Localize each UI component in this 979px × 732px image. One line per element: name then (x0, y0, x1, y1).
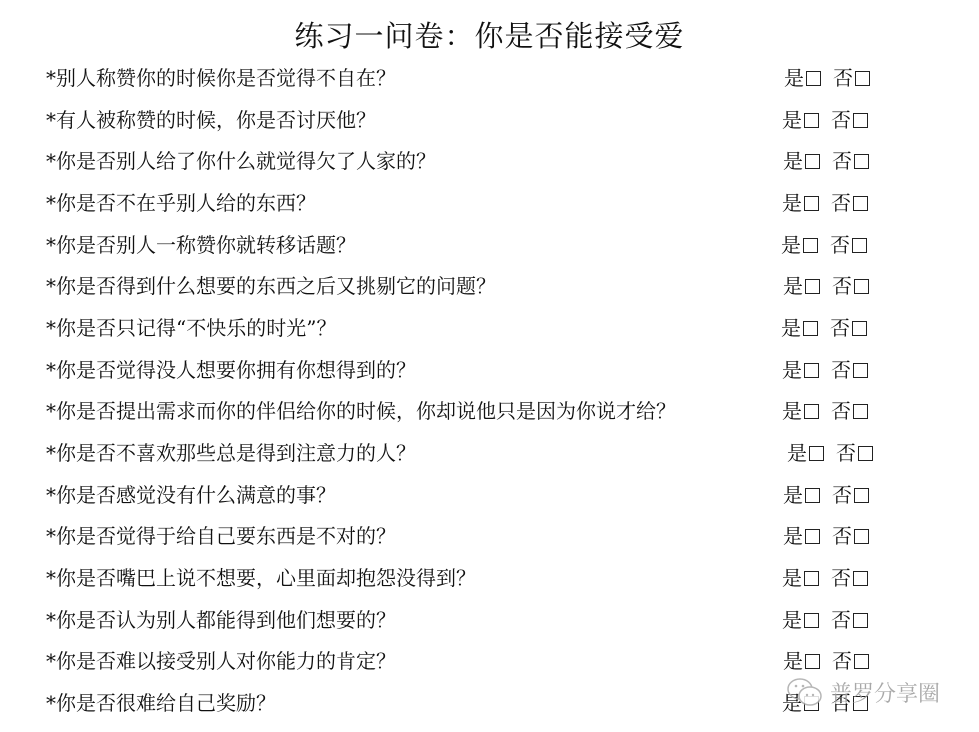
yes-checkbox[interactable] (803, 321, 818, 336)
no-label: 否 (831, 396, 851, 426)
no-checkbox[interactable] (853, 113, 868, 128)
yes-checkbox[interactable] (804, 196, 819, 211)
no-checkbox[interactable] (853, 196, 868, 211)
question-row: *你是否不在乎别人给的东西？是否 (46, 188, 946, 218)
yes-label: 是 (782, 396, 802, 426)
yes-label: 是 (782, 563, 802, 593)
no-checkbox[interactable] (853, 363, 868, 378)
yes-label: 是 (782, 355, 802, 385)
yes-label: 是 (783, 521, 803, 551)
question-text: *有人被称赞的时候，你是否讨厌他？ (46, 105, 376, 135)
yes-checkbox[interactable] (806, 71, 821, 86)
no-label: 否 (831, 188, 851, 218)
answer-options: 是否 (781, 230, 867, 260)
answer-options: 是否 (782, 563, 868, 593)
no-label: 否 (832, 146, 852, 176)
question-text: *你是否难以接受别人对你能力的肯定？ (46, 646, 396, 676)
yes-option[interactable]: 是 (782, 605, 819, 635)
no-label: 否 (830, 313, 850, 343)
page-title: 练习一问卷：你是否能接受爱 (0, 16, 979, 56)
yes-label: 是 (781, 230, 801, 260)
yes-label: 是 (781, 313, 801, 343)
yes-checkbox[interactable] (804, 363, 819, 378)
yes-label: 是 (783, 480, 803, 510)
yes-option[interactable]: 是 (781, 230, 818, 260)
yes-label: 是 (782, 605, 802, 635)
yes-option[interactable]: 是 (783, 480, 820, 510)
yes-label: 是 (787, 438, 807, 468)
no-checkbox[interactable] (854, 654, 869, 669)
question-text: *你是否感觉没有什么满意的事？ (46, 480, 336, 510)
no-label: 否 (831, 105, 851, 135)
answer-options: 是否 (782, 188, 868, 218)
answer-options: 是否 (782, 105, 868, 135)
yes-label: 是 (782, 188, 802, 218)
question-text: *你是否只记得“不快乐的时光”？ (46, 313, 336, 343)
question-row: *你是否认为别人都能得到他们想要的？是否 (46, 605, 946, 635)
question-row: *你是否觉得没人想要你拥有你想得到的？是否 (46, 355, 946, 385)
question-row: *你是否不喜欢那些总是得到注意力的人？是否 (46, 438, 946, 468)
no-option[interactable]: 否 (831, 105, 868, 135)
no-checkbox[interactable] (852, 321, 867, 336)
yes-checkbox[interactable] (805, 154, 820, 169)
answer-options: 是否 (784, 63, 870, 93)
yes-checkbox[interactable] (804, 404, 819, 419)
question-text: *你是否得到什么想要的东西之后又挑剔它的问题？ (46, 271, 496, 301)
yes-label: 是 (782, 105, 802, 135)
question-text: *你是否别人一称赞你就转移话题？ (46, 230, 356, 260)
no-label: 否 (836, 438, 856, 468)
answer-options: 是否 (783, 521, 869, 551)
no-checkbox[interactable] (854, 279, 869, 294)
no-checkbox[interactable] (854, 488, 869, 503)
answer-options: 是否 (787, 438, 873, 468)
yes-checkbox[interactable] (804, 571, 819, 586)
no-checkbox[interactable] (852, 238, 867, 253)
no-option[interactable]: 否 (830, 313, 867, 343)
no-checkbox[interactable] (853, 613, 868, 628)
question-text: *你是否别人给了你什么就觉得欠了人家的？ (46, 146, 436, 176)
yes-option[interactable]: 是 (783, 146, 820, 176)
yes-option[interactable]: 是 (782, 396, 819, 426)
yes-checkbox[interactable] (805, 654, 820, 669)
no-checkbox[interactable] (854, 529, 869, 544)
no-label: 否 (831, 563, 851, 593)
yes-checkbox[interactable] (805, 279, 820, 294)
no-label: 否 (831, 355, 851, 385)
question-row: *你是否觉得于给自己要东西是不对的？是否 (46, 521, 946, 551)
answer-options: 是否 (782, 355, 868, 385)
question-row: *你是否难以接受别人对你能力的肯定？是否 (46, 646, 946, 676)
yes-checkbox[interactable] (804, 113, 819, 128)
yes-checkbox[interactable] (805, 488, 820, 503)
yes-option[interactable]: 是 (783, 646, 820, 676)
yes-checkbox[interactable] (803, 238, 818, 253)
no-checkbox[interactable] (854, 154, 869, 169)
yes-option[interactable]: 是 (784, 63, 821, 93)
no-label: 否 (832, 271, 852, 301)
no-option[interactable]: 否 (836, 438, 873, 468)
yes-option[interactable]: 是 (782, 563, 819, 593)
no-option[interactable]: 否 (832, 271, 869, 301)
question-row: *你是否别人给了你什么就觉得欠了人家的？是否 (46, 146, 946, 176)
no-label: 否 (830, 230, 850, 260)
no-option[interactable]: 否 (830, 230, 867, 260)
question-text: *你是否不在乎别人给的东西？ (46, 188, 316, 218)
no-option[interactable]: 否 (832, 521, 869, 551)
question-text: *你是否觉得没人想要你拥有你想得到的？ (46, 355, 416, 385)
question-text: *你是否不喜欢那些总是得到注意力的人？ (46, 438, 416, 468)
no-option[interactable]: 否 (831, 396, 868, 426)
watermark: 普罗分享圈 (786, 674, 940, 710)
no-label: 否 (831, 605, 851, 635)
no-option[interactable]: 否 (831, 188, 868, 218)
no-checkbox[interactable] (853, 404, 868, 419)
no-option[interactable]: 否 (832, 646, 869, 676)
no-label: 否 (832, 521, 852, 551)
answer-options: 是否 (783, 646, 869, 676)
yes-checkbox[interactable] (805, 529, 820, 544)
yes-label: 是 (783, 271, 803, 301)
answer-options: 是否 (781, 313, 867, 343)
no-label: 否 (832, 646, 852, 676)
yes-label: 是 (783, 646, 803, 676)
no-checkbox[interactable] (855, 71, 870, 86)
question-row: *你是否提出需求而你的伴侣给你的时候，你却说他只是因为你说才给？是否 (46, 396, 946, 426)
yes-checkbox[interactable] (809, 446, 824, 461)
answer-options: 是否 (783, 271, 869, 301)
yes-option[interactable]: 是 (782, 188, 819, 218)
question-row: *你是否感觉没有什么满意的事？是否 (46, 480, 946, 510)
yes-option[interactable]: 是 (782, 105, 819, 135)
question-row: *有人被称赞的时候，你是否讨厌他？是否 (46, 105, 946, 135)
question-row: *别人称赞你的时候你是否觉得不自在？是否 (46, 63, 946, 93)
question-text: *你是否觉得于给自己要东西是不对的？ (46, 521, 396, 551)
no-label: 否 (832, 480, 852, 510)
answer-options: 是否 (783, 146, 869, 176)
no-option[interactable]: 否 (831, 605, 868, 635)
answer-options: 是否 (782, 396, 868, 426)
no-checkbox[interactable] (853, 571, 868, 586)
question-text: *你是否嘴巴上说不想要，心里面却抱怨没得到？ (46, 563, 476, 593)
question-text: *你是否认为别人都能得到他们想要的？ (46, 605, 396, 635)
question-row: *你是否别人一称赞你就转移话题？是否 (46, 230, 946, 260)
question-row: *你是否得到什么想要的东西之后又挑剔它的问题？是否 (46, 271, 946, 301)
yes-option[interactable]: 是 (783, 521, 820, 551)
answer-options: 是否 (783, 480, 869, 510)
no-option[interactable]: 否 (833, 63, 870, 93)
no-option[interactable]: 否 (831, 563, 868, 593)
no-option[interactable]: 否 (831, 355, 868, 385)
wechat-icon (786, 675, 824, 709)
question-row: *你是否只记得“不快乐的时光”？是否 (46, 313, 946, 343)
question-text: *别人称赞你的时候你是否觉得不自在？ (46, 63, 396, 93)
yes-label: 是 (784, 63, 804, 93)
yes-option[interactable]: 是 (782, 355, 819, 385)
watermark-text: 普罗分享圈 (830, 677, 940, 708)
yes-option[interactable]: 是 (783, 271, 820, 301)
no-option[interactable]: 否 (832, 146, 869, 176)
no-checkbox[interactable] (858, 446, 873, 461)
question-text: *你是否提出需求而你的伴侣给你的时候，你却说他只是因为你说才给？ (46, 396, 676, 426)
no-label: 否 (833, 63, 853, 93)
question-row: *你是否嘴巴上说不想要，心里面却抱怨没得到？是否 (46, 563, 946, 593)
yes-label: 是 (783, 146, 803, 176)
question-text: *你是否很难给自己奖励？ (46, 688, 276, 718)
answer-options: 是否 (782, 605, 868, 635)
yes-checkbox[interactable] (804, 613, 819, 628)
no-option[interactable]: 否 (832, 480, 869, 510)
yes-option[interactable]: 是 (781, 313, 818, 343)
yes-option[interactable]: 是 (787, 438, 824, 468)
